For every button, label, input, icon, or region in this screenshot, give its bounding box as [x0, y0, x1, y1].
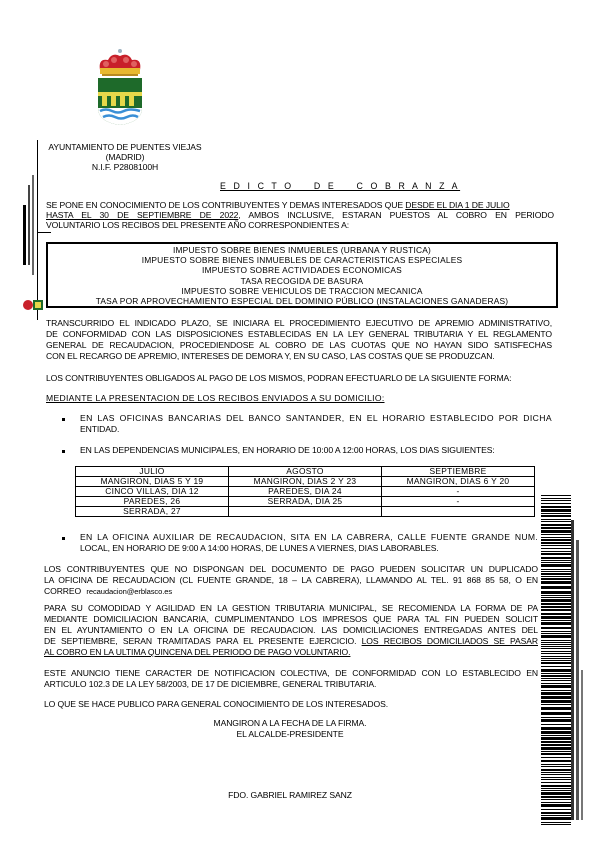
- intro-line-2: HASTA EL 30 DE SEPTIEMBRE DE 2022, AMBOS…: [46, 210, 554, 221]
- payment-method: MEDIANTE LA PRESENTACION DE LOS RECIBOS …: [46, 393, 385, 404]
- table-cell: MANGIRON, DIAS 6 Y 20: [382, 477, 535, 487]
- bullet-icon: [62, 537, 65, 540]
- table-cell: [382, 507, 535, 517]
- tax-item: TASA POR APROVECHAMIENTO ESPECIAL DEL DO…: [48, 296, 556, 306]
- schedule-table: JULIO AGOSTO SEPTIEMBRE MANGIRON, DIAS 5…: [75, 466, 535, 517]
- table-cell: [229, 507, 382, 517]
- direct-debit-line: PARA SU COMODIDAD Y AGILIDAD EN LA GESTI…: [44, 603, 538, 614]
- bullet-icon: [62, 450, 65, 453]
- column-header-september: SEPTIEMBRE: [382, 467, 535, 477]
- institution-region: (MADRID): [40, 152, 210, 163]
- verification-stamp-left: [22, 175, 36, 295]
- table-row: MANGIRON, DIAS 5 Y 19 MANGIRON, DIAS 2 Y…: [76, 477, 535, 487]
- intro-start-date: DESDE EL DIA 1 DE JULIO: [405, 200, 509, 210]
- table-header-row: JULIO AGOSTO SEPTIEMBRE: [76, 467, 535, 477]
- barcode: [541, 495, 571, 825]
- duplicate-line-2: LA OFICINA DE RECAUDACION (CL FUENTE GRA…: [44, 575, 538, 586]
- direct-debit-line: EN EL AYUNTAMIENTO O EN LA OFICINA DE RE…: [44, 625, 538, 636]
- procedure-line: GENERAL DE RECAUDACION, PROCEDIENDOSE AL…: [46, 340, 552, 351]
- table-row: CINCO VILLAS, DIA 12 PAREDES, DIA 24 -: [76, 487, 535, 497]
- tax-item: IMPUESTO SOBRE BIENES INMUEBLES DE CARAC…: [48, 255, 556, 265]
- tax-list-box: IMPUESTO SOBRE BIENES INMUEBLES (URBANA …: [46, 242, 558, 308]
- verification-stamp-right: [570, 520, 584, 820]
- intro-end-date: HASTA EL 30 DE SEPTIEMBRE DE 2022: [46, 210, 238, 220]
- seal-icon: [22, 298, 44, 312]
- bullet-bank-line-1: EN LAS OFICINAS BANCARIAS DEL BANCO SANT…: [80, 413, 552, 424]
- notice-line-2: ARTICULO 102.3 DE LA LEY 58/2003, DE 17 …: [44, 679, 376, 690]
- bullet-bank-line-2: ENTIDAD.: [80, 424, 119, 435]
- procedure-line: TRANSCURRIDO EL INDICADO PLAZO, SE INICI…: [46, 318, 552, 329]
- tax-item: IMPUESTO SOBRE ACTIVIDADES ECONOMICAS: [48, 265, 556, 275]
- bullet-municipal: EN LAS DEPENDENCIAS MUNICIPALES, EN HORA…: [80, 445, 495, 456]
- table-cell: MANGIRON, DIAS 2 Y 23: [229, 477, 382, 487]
- notice-line-1: ESTE ANUNCIO TIENE CARACTER DE NOTIFICAC…: [44, 668, 538, 679]
- direct-debit-line: DE SEPTIEMBRE, SERAN TRAMITADAS PARA EL …: [44, 636, 538, 647]
- procedure-line: DE CONFORMIDAD CON LAS DISPOSICIONES EST…: [46, 329, 552, 340]
- coat-of-arms-logo: [94, 48, 146, 126]
- table-cell: PAREDES, 26: [76, 497, 229, 507]
- page-title: E D I C T O D E C O B R A N Z A: [220, 181, 460, 192]
- procedure-line: CON EL RECARGO DE APREMIO, INTERESES DE …: [46, 351, 495, 362]
- table-row: SERRADA, 27: [76, 507, 535, 517]
- bullet-office-line-2: LOCAL, EN HORARIO DE 9:00 A 14:00 HORAS,…: [80, 543, 439, 554]
- column-header-august: AGOSTO: [229, 467, 382, 477]
- signature-place-date: MANGIRON A LA FECHA DE LA FIRMA.: [190, 718, 390, 729]
- intro-line-1: SE PONE EN CONOCIMIENTO DE LOS CONTRIBUY…: [46, 200, 554, 211]
- bullet-icon: [62, 418, 65, 421]
- table-cell: MANGIRON, DIAS 5 Y 19: [76, 477, 229, 487]
- email-link[interactable]: recaudacion@erblasco.es: [86, 587, 172, 596]
- direct-debit-line: AL COBRO EN LA ULTIMA QUINCENA DEL PERIO…: [44, 647, 350, 658]
- duplicate-line-1: LOS CONTRIBUYENTES QUE NO DISPONGAN DEL …: [44, 564, 538, 575]
- table-cell: CINCO VILLAS, DIA 12: [76, 487, 229, 497]
- direct-debit-line: MEDIANTE DOMICILIACION BANCARIA, CUMPLIM…: [44, 614, 538, 625]
- public-statement: LO QUE SE HACE PUBLICO PARA GENERAL CONO…: [44, 699, 388, 710]
- intro-line-3: VOLUNTARIO LOS RECIBOS DEL PRESENTE AÑO …: [46, 220, 349, 231]
- margin-rule: [37, 140, 38, 320]
- duplicate-line-3: CORREO recaudacion@erblasco.es: [44, 586, 172, 598]
- table-cell: -: [382, 497, 535, 507]
- tax-item: IMPUESTO SOBRE BIENES INMUEBLES (URBANA …: [48, 245, 556, 255]
- table-cell: PAREDES, DIA 24: [229, 487, 382, 497]
- column-header-july: JULIO: [76, 467, 229, 477]
- payment-intro: LOS CONTRIBUYENTES OBLIGADOS AL PAGO DE …: [46, 373, 511, 384]
- institution-nif: N.I.F. P2808100H: [40, 162, 210, 173]
- table-cell: -: [382, 487, 535, 497]
- institution-name: AYUNTAMIENTO DE PUENTES VIEJAS: [40, 142, 210, 153]
- table-cell: SERRADA, DIA 25: [229, 497, 382, 507]
- margin-rule-horizontal: [37, 232, 51, 233]
- tax-item: IMPUESTO SOBRE VEHICULOS DE TRACCION MEC…: [48, 286, 556, 296]
- signature-role: EL ALCALDE-PRESIDENTE: [190, 729, 390, 740]
- tax-item: TASA RECOGIDA DE BASURA: [48, 276, 556, 286]
- bullet-office-line-1: EN LA OFICINA AUXILIAR DE RECAUDACION, S…: [80, 532, 538, 543]
- table-row: PAREDES, 26 SERRADA, DIA 25 -: [76, 497, 535, 507]
- table-cell: SERRADA, 27: [76, 507, 229, 517]
- signature-name: FDO. GABRIEL RAMIREZ SANZ: [190, 790, 390, 801]
